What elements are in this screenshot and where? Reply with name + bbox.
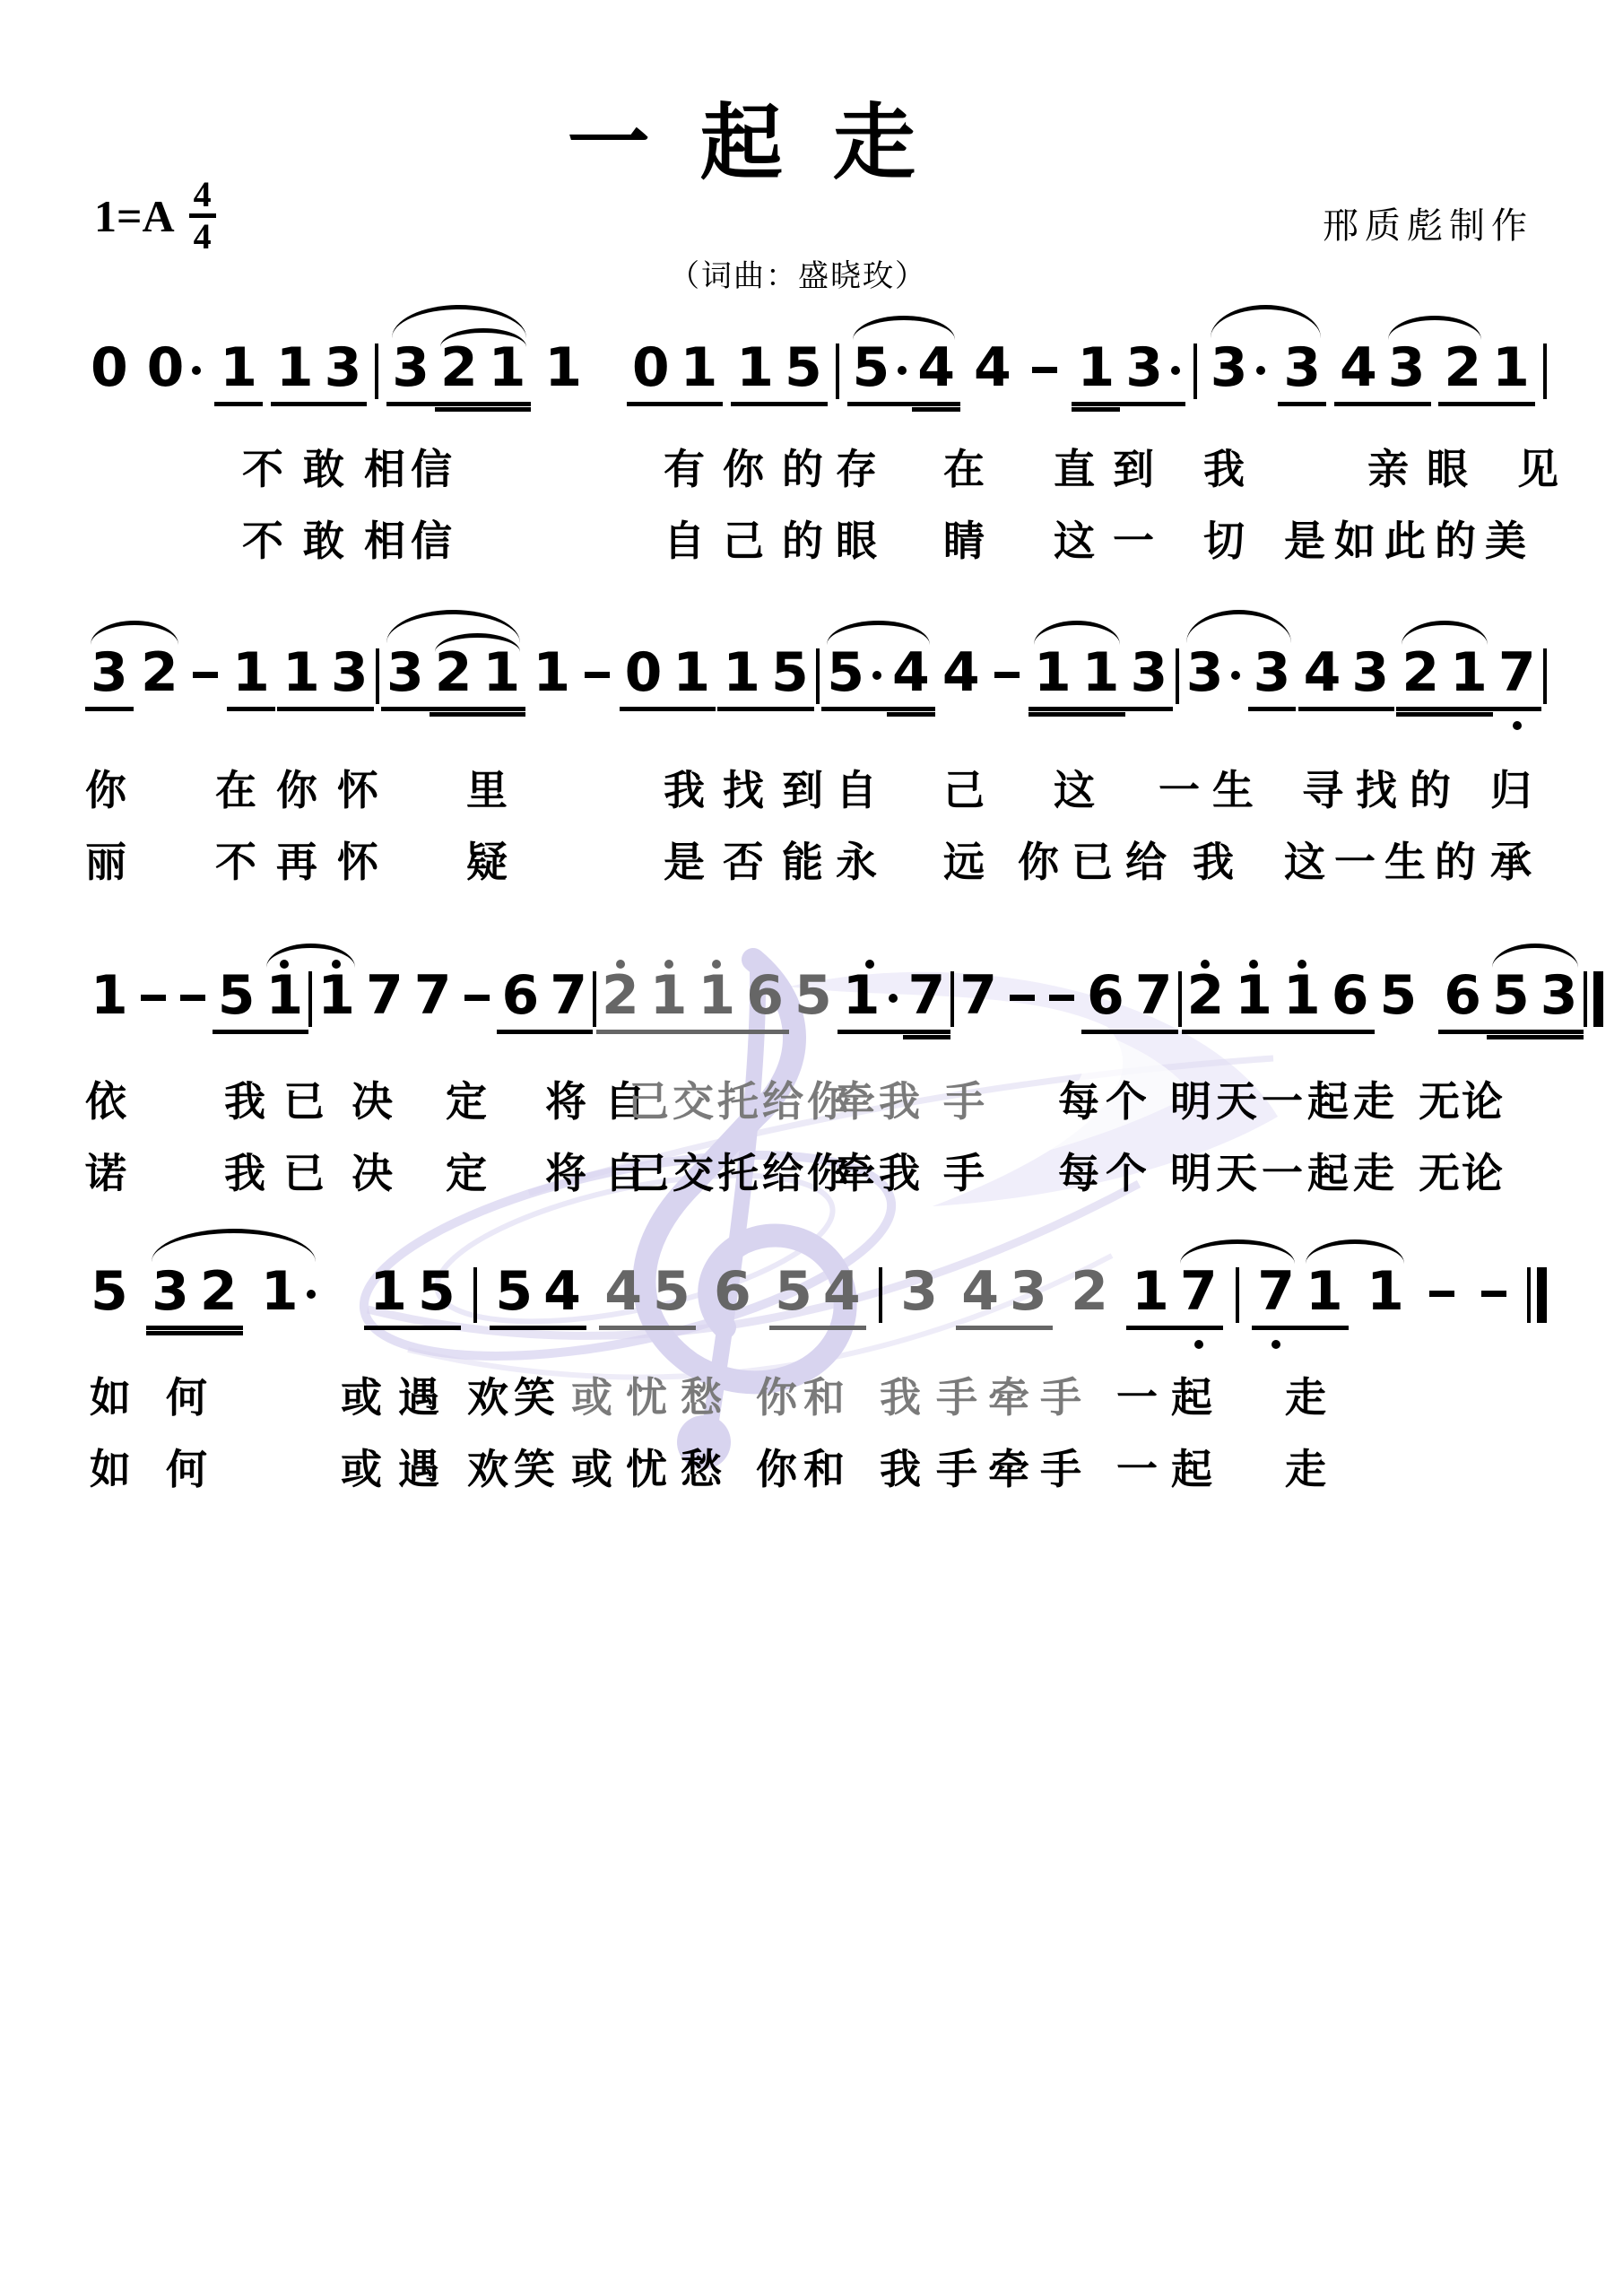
barline: [836, 344, 839, 399]
lyric-segment: 何: [166, 1375, 209, 1420]
lyric-segment: 明天一起走: [1170, 1151, 1399, 1196]
lyric-segment: 我已: [224, 1151, 343, 1196]
lyric-segment: 丽: [85, 839, 128, 884]
thick-bar: [1593, 971, 1603, 1027]
note: 1: [214, 339, 263, 406]
lyric-segment: 你已给: [1018, 839, 1179, 884]
lyric-segment: 或忧愁: [571, 1375, 735, 1420]
lyric-segment: 如: [90, 1447, 133, 1492]
lyric-segment: 存: [836, 447, 879, 491]
beam-group: 21: [1438, 339, 1535, 406]
note: 1: [277, 644, 325, 711]
note: 1: [256, 1263, 321, 1330]
lyric-segment: 睛: [943, 518, 986, 563]
beam-group: 54: [821, 644, 935, 711]
note: 3: [895, 1263, 943, 1330]
beam-group: 15: [731, 339, 828, 406]
augmentation-dot: [889, 994, 898, 1003]
slur: [1306, 1239, 1404, 1264]
lyric-segment: 手: [943, 1079, 986, 1124]
note: 5: [490, 1263, 538, 1330]
note: 1: [477, 644, 525, 711]
note: 3: [386, 339, 435, 406]
beam-group: 45: [599, 1263, 696, 1330]
note: 4: [1298, 644, 1347, 711]
lyric-segment: 诺: [85, 1151, 128, 1196]
lyric-segment: 无论: [1419, 1151, 1505, 1196]
lyric-segment: 欢笑: [467, 1447, 560, 1492]
lyric-segment: 我: [880, 1447, 923, 1492]
note: 2: [1438, 339, 1487, 406]
beam-group: 13: [1072, 339, 1185, 406]
lyric-segment: 手牵手: [936, 1447, 1092, 1492]
augmentation-dot: [192, 366, 201, 375]
note: 1: [1077, 644, 1125, 711]
lyric-segment: 信: [411, 518, 454, 563]
final-barline: [1584, 971, 1603, 1027]
lyric-segment: 归: [1490, 768, 1533, 813]
note: 6: [741, 967, 789, 1034]
lyric-segment: 一起: [1116, 1447, 1226, 1492]
lyric-segment: 或遇: [341, 1375, 456, 1420]
lyric-segment: 这一: [1054, 518, 1172, 563]
lyric-segment: 欢笑: [467, 1375, 560, 1420]
beam-group: 43: [1334, 339, 1431, 406]
lyric-segment: 我: [1193, 839, 1236, 884]
note: 4: [937, 644, 985, 711]
note: 4: [538, 1263, 586, 1330]
note: 0: [85, 339, 134, 406]
barline: [816, 648, 820, 704]
beam-group: 54: [769, 1263, 866, 1330]
sheet-music-page: 一 起 走 1=A 4 4 邢质彪制作 （词曲：盛晓玫） 00113321101…: [0, 0, 1623, 2296]
slur: [1211, 305, 1321, 338]
beam-group: 217: [1396, 644, 1541, 711]
lyric-segment: 我: [880, 1375, 923, 1420]
note: 1: [731, 339, 779, 406]
lyric-segment: 直到: [1054, 447, 1172, 491]
note: 3: [1120, 339, 1185, 406]
notation-system-1: 001133211011554413334321: [85, 339, 1547, 406]
thick-bar: [1537, 1267, 1547, 1323]
beam-group: 13: [277, 644, 374, 711]
dash-note: [1002, 967, 1042, 1030]
barline: [473, 1267, 477, 1323]
note: 2: [135, 644, 184, 711]
beam-group: 13: [271, 339, 368, 406]
final-barline: [1527, 1267, 1547, 1323]
beam-group: 67: [1081, 967, 1178, 1034]
note: 3: [1278, 339, 1326, 406]
barline: [1543, 648, 1547, 704]
slur: [152, 1229, 316, 1262]
note: 2: [1182, 967, 1230, 1034]
beam-group: 321: [386, 339, 531, 406]
note: 1: [1072, 339, 1120, 406]
lyric-segment: 你和: [756, 1447, 851, 1492]
barline: [375, 344, 378, 399]
barline: [1193, 344, 1197, 399]
note: 1: [1126, 1263, 1175, 1330]
barline: [1236, 1267, 1239, 1323]
note: 4: [912, 339, 960, 406]
note: 5: [1487, 967, 1535, 1034]
slur: [827, 621, 930, 645]
note: 2: [430, 644, 478, 711]
note: 4: [956, 1263, 1004, 1330]
beam-group: 15: [717, 644, 814, 711]
beam-group: 54: [847, 339, 961, 406]
note: 4: [887, 644, 935, 711]
lyric-segment: 自己的: [664, 518, 841, 563]
note: 6: [1081, 967, 1130, 1034]
note: 1: [227, 644, 275, 711]
note: 3: [1181, 644, 1246, 711]
dash-note: [1422, 1263, 1462, 1326]
note: 7: [903, 967, 951, 1034]
augmentation-dot: [1171, 366, 1180, 375]
barline: [376, 648, 379, 704]
beam-group: 21: [1182, 967, 1279, 1034]
spacer: [595, 339, 619, 340]
thin-bar: [1527, 1267, 1531, 1323]
note: 5: [412, 1263, 461, 1330]
note: 4: [599, 1263, 647, 1330]
augmentation-dot: [1231, 671, 1240, 680]
slur: [1388, 316, 1481, 340]
note: 3: [1205, 339, 1271, 406]
note: 2: [1396, 644, 1445, 711]
slur: [1402, 621, 1488, 645]
note: 5: [769, 1263, 818, 1330]
lyric-segment: 明天一起走: [1170, 1079, 1399, 1124]
note: 7: [954, 967, 1002, 1034]
barline: [879, 1267, 882, 1323]
dash-note: [987, 644, 1027, 707]
note: 2: [1065, 1263, 1114, 1330]
beam-group: 01: [620, 644, 716, 711]
lyric-segment: 在: [943, 447, 986, 491]
lyric-segment: 是否能: [664, 839, 841, 884]
dash-note: [134, 967, 173, 1030]
beam-group: 71: [1252, 1263, 1349, 1330]
lyric-segment: 如: [90, 1375, 133, 1420]
lyric-segment: 你和: [756, 1375, 851, 1420]
note: 1: [1487, 339, 1535, 406]
lyric-segment: 每个: [1058, 1079, 1153, 1124]
note: 5: [85, 1263, 134, 1330]
lyric-segment: 一生: [1159, 768, 1266, 813]
note: 1: [675, 339, 724, 406]
note: 4: [968, 339, 1017, 406]
note: 7: [1252, 1263, 1300, 1330]
note: 1: [539, 339, 587, 406]
spacer: [1422, 967, 1438, 968]
note: 3: [146, 1263, 195, 1330]
notation-system-2: 32113321101155441133343217: [85, 644, 1547, 711]
note: 1: [693, 967, 742, 1034]
augmentation-dot: [307, 1290, 316, 1299]
lyric-segment: 亲眼: [1367, 447, 1486, 491]
lyric-segment: 或遇: [341, 1447, 456, 1492]
note: 5: [213, 967, 261, 1034]
lyric-segment: 牵我: [834, 1151, 924, 1196]
note: 3: [1125, 644, 1174, 711]
dash-note: [457, 967, 497, 1030]
time-numerator: 4: [189, 176, 216, 218]
lyric-segment: 或忧愁: [571, 1447, 735, 1492]
lyric-segment: 承: [1490, 839, 1533, 884]
augmentation-dot: [898, 366, 907, 375]
note: 1: [1300, 1263, 1349, 1330]
lyric-segment: 每个: [1058, 1151, 1153, 1196]
note: 1: [717, 644, 766, 711]
lyric-segment: 决: [352, 1151, 395, 1196]
note: 1: [364, 1263, 412, 1330]
beam-group: 321: [381, 644, 525, 711]
lyric-segment: 决: [352, 1079, 395, 1124]
beam-group: 43: [956, 1263, 1053, 1330]
slur: [1492, 944, 1578, 968]
notation-system-4: 5321155445654343217711: [85, 1263, 1547, 1330]
lyric-segment: 走: [1285, 1375, 1328, 1420]
dash-note: [1474, 1263, 1514, 1326]
composer-subtitle: （词曲：盛晓玫）: [0, 251, 1610, 295]
lyric-segment: 我: [1203, 447, 1246, 491]
note: 3: [1535, 967, 1584, 1034]
note: 2: [435, 339, 483, 406]
note: 6: [497, 967, 545, 1034]
lyric-segment: 这一生的: [1284, 839, 1485, 884]
note: 1: [271, 339, 319, 406]
note: 3: [1346, 644, 1394, 711]
lyric-segment: 在你怀: [215, 768, 398, 813]
note: 1: [1028, 644, 1077, 711]
lyric-segment: 我已: [224, 1079, 343, 1124]
note: 1: [1229, 967, 1278, 1034]
time-denominator: 4: [194, 218, 212, 256]
lyric-segment: 己交托给你: [628, 1151, 852, 1196]
note: 3: [1248, 644, 1297, 711]
lyric-segment: 手: [943, 1151, 986, 1196]
note: 0: [627, 339, 675, 406]
dash-note: [186, 644, 225, 707]
note: 5: [789, 967, 838, 1034]
lyric-segment: 永: [836, 839, 879, 884]
note: 1: [645, 967, 693, 1034]
slur: [1034, 621, 1120, 645]
lyric-segment: 手牵手: [936, 1375, 1092, 1420]
lyric-segment: 信: [411, 447, 454, 491]
beam-group: 17: [838, 967, 951, 1034]
note: 0: [620, 644, 668, 711]
low-octave-dot: [1513, 721, 1522, 730]
thin-bar: [1584, 971, 1587, 1027]
note: 5: [766, 644, 814, 711]
slur: [853, 316, 955, 340]
note: 3: [325, 644, 374, 711]
lyric-segment: 切: [1203, 518, 1246, 563]
lyric-segment: 寻找的: [1302, 768, 1463, 813]
note: 7: [1130, 967, 1178, 1034]
beam-group: 67: [497, 967, 594, 1034]
beam-group: 43: [1298, 644, 1395, 711]
lyric-segment: 定: [446, 1079, 489, 1124]
note: 6: [1326, 967, 1375, 1034]
lyric-segment: 你: [85, 768, 128, 813]
note: 1: [483, 339, 532, 406]
note: 3: [85, 644, 134, 711]
low-octave-dot: [1271, 1340, 1280, 1349]
note: 1: [667, 644, 716, 711]
note: 5: [779, 339, 828, 406]
lyric-segment: 己交托给你: [628, 1079, 852, 1124]
note: 3: [381, 644, 430, 711]
note: 7: [1175, 1263, 1223, 1330]
note: 1: [1445, 644, 1493, 711]
lyric-segment: 不敢相: [242, 518, 425, 563]
lyric-segment: 一起: [1116, 1375, 1226, 1420]
beam-group: 15: [364, 1263, 461, 1330]
dash-note: [577, 644, 617, 707]
note: 5: [847, 339, 913, 406]
beam-group: 21: [596, 967, 693, 1034]
beam-group: 32: [146, 1263, 243, 1330]
note: 5: [821, 644, 887, 711]
time-signature: 4 4: [189, 176, 216, 256]
lyric-segment: 是如此的美: [1284, 518, 1535, 563]
beam-group: 17: [1126, 1263, 1223, 1330]
lyric-segment: 牵我: [834, 1079, 924, 1124]
lyric-segment: 疑: [466, 839, 509, 884]
beam-group: 51: [213, 967, 309, 1034]
dash-note: [1042, 967, 1081, 1030]
lyric-segment: 不再怀: [215, 839, 398, 884]
lyric-segment: 里: [466, 768, 509, 813]
augmentation-dot: [1256, 366, 1265, 375]
note: 6: [708, 1263, 757, 1330]
beam-group: 16: [693, 967, 790, 1034]
lyric-segment: 眼: [836, 518, 879, 563]
lyric-segment: 依: [85, 1079, 128, 1124]
low-octave-dot: [1194, 1340, 1203, 1349]
beam-group: 16: [1278, 967, 1375, 1034]
note: 1: [527, 644, 576, 711]
note: 7: [360, 967, 409, 1034]
note: 3: [1383, 339, 1431, 406]
note: 0: [142, 339, 207, 406]
lyric-segment: 有你的: [664, 447, 841, 491]
note: 5: [1375, 967, 1423, 1034]
key-signature: 1=A 4 4: [94, 176, 216, 256]
note: 1: [85, 967, 134, 1034]
note: 4: [1334, 339, 1383, 406]
arranger-credit: 邢质彪制作: [1323, 197, 1533, 248]
spacer: [334, 1263, 352, 1264]
barline: [1176, 648, 1179, 704]
note: 3: [1004, 1263, 1053, 1330]
beam-group: 113: [1028, 644, 1173, 711]
note: 7: [544, 967, 593, 1034]
lyric-segment: 我找到: [664, 768, 841, 813]
lyric-segment: 走: [1285, 1447, 1328, 1492]
beam-group: 54: [490, 1263, 586, 1330]
note: 2: [596, 967, 645, 1034]
note: 6: [1438, 967, 1487, 1034]
note: 1: [1278, 967, 1326, 1034]
note: 5: [647, 1263, 696, 1330]
beam-group: 01: [627, 339, 724, 406]
note: 1: [838, 967, 903, 1034]
beam-group: 53: [1487, 967, 1584, 1034]
slur: [91, 621, 178, 645]
lyric-segment: 己: [943, 768, 986, 813]
note: 1: [312, 967, 360, 1034]
barline: [1543, 344, 1547, 399]
lyric-segment: 见: [1517, 447, 1560, 491]
lyric-segment: 自: [836, 768, 879, 813]
note: 3: [319, 339, 368, 406]
note: 7: [1493, 644, 1541, 711]
lyric-segment: 何: [166, 1447, 209, 1492]
notation-system-3: 15117767211651776721165653: [85, 967, 1547, 1034]
note: 2: [195, 1263, 243, 1330]
augmentation-dot: [872, 671, 881, 680]
lyric-segment: 定: [446, 1151, 489, 1196]
note: 1: [261, 967, 309, 1034]
slur: [1186, 610, 1291, 643]
lyric-segment: 这: [1054, 768, 1097, 813]
key-label: 1=A: [94, 190, 175, 242]
page-title: 一 起 走: [0, 77, 1560, 196]
note: 7: [409, 967, 457, 1034]
note: 1: [1361, 1263, 1410, 1330]
lyric-segment: 无论: [1419, 1079, 1505, 1124]
note: 4: [818, 1263, 866, 1330]
lyric-segment: 远: [943, 839, 986, 884]
lyric-segment: 不敢相: [242, 447, 425, 491]
dash-note: [1025, 339, 1064, 402]
dash-note: [173, 967, 213, 1030]
